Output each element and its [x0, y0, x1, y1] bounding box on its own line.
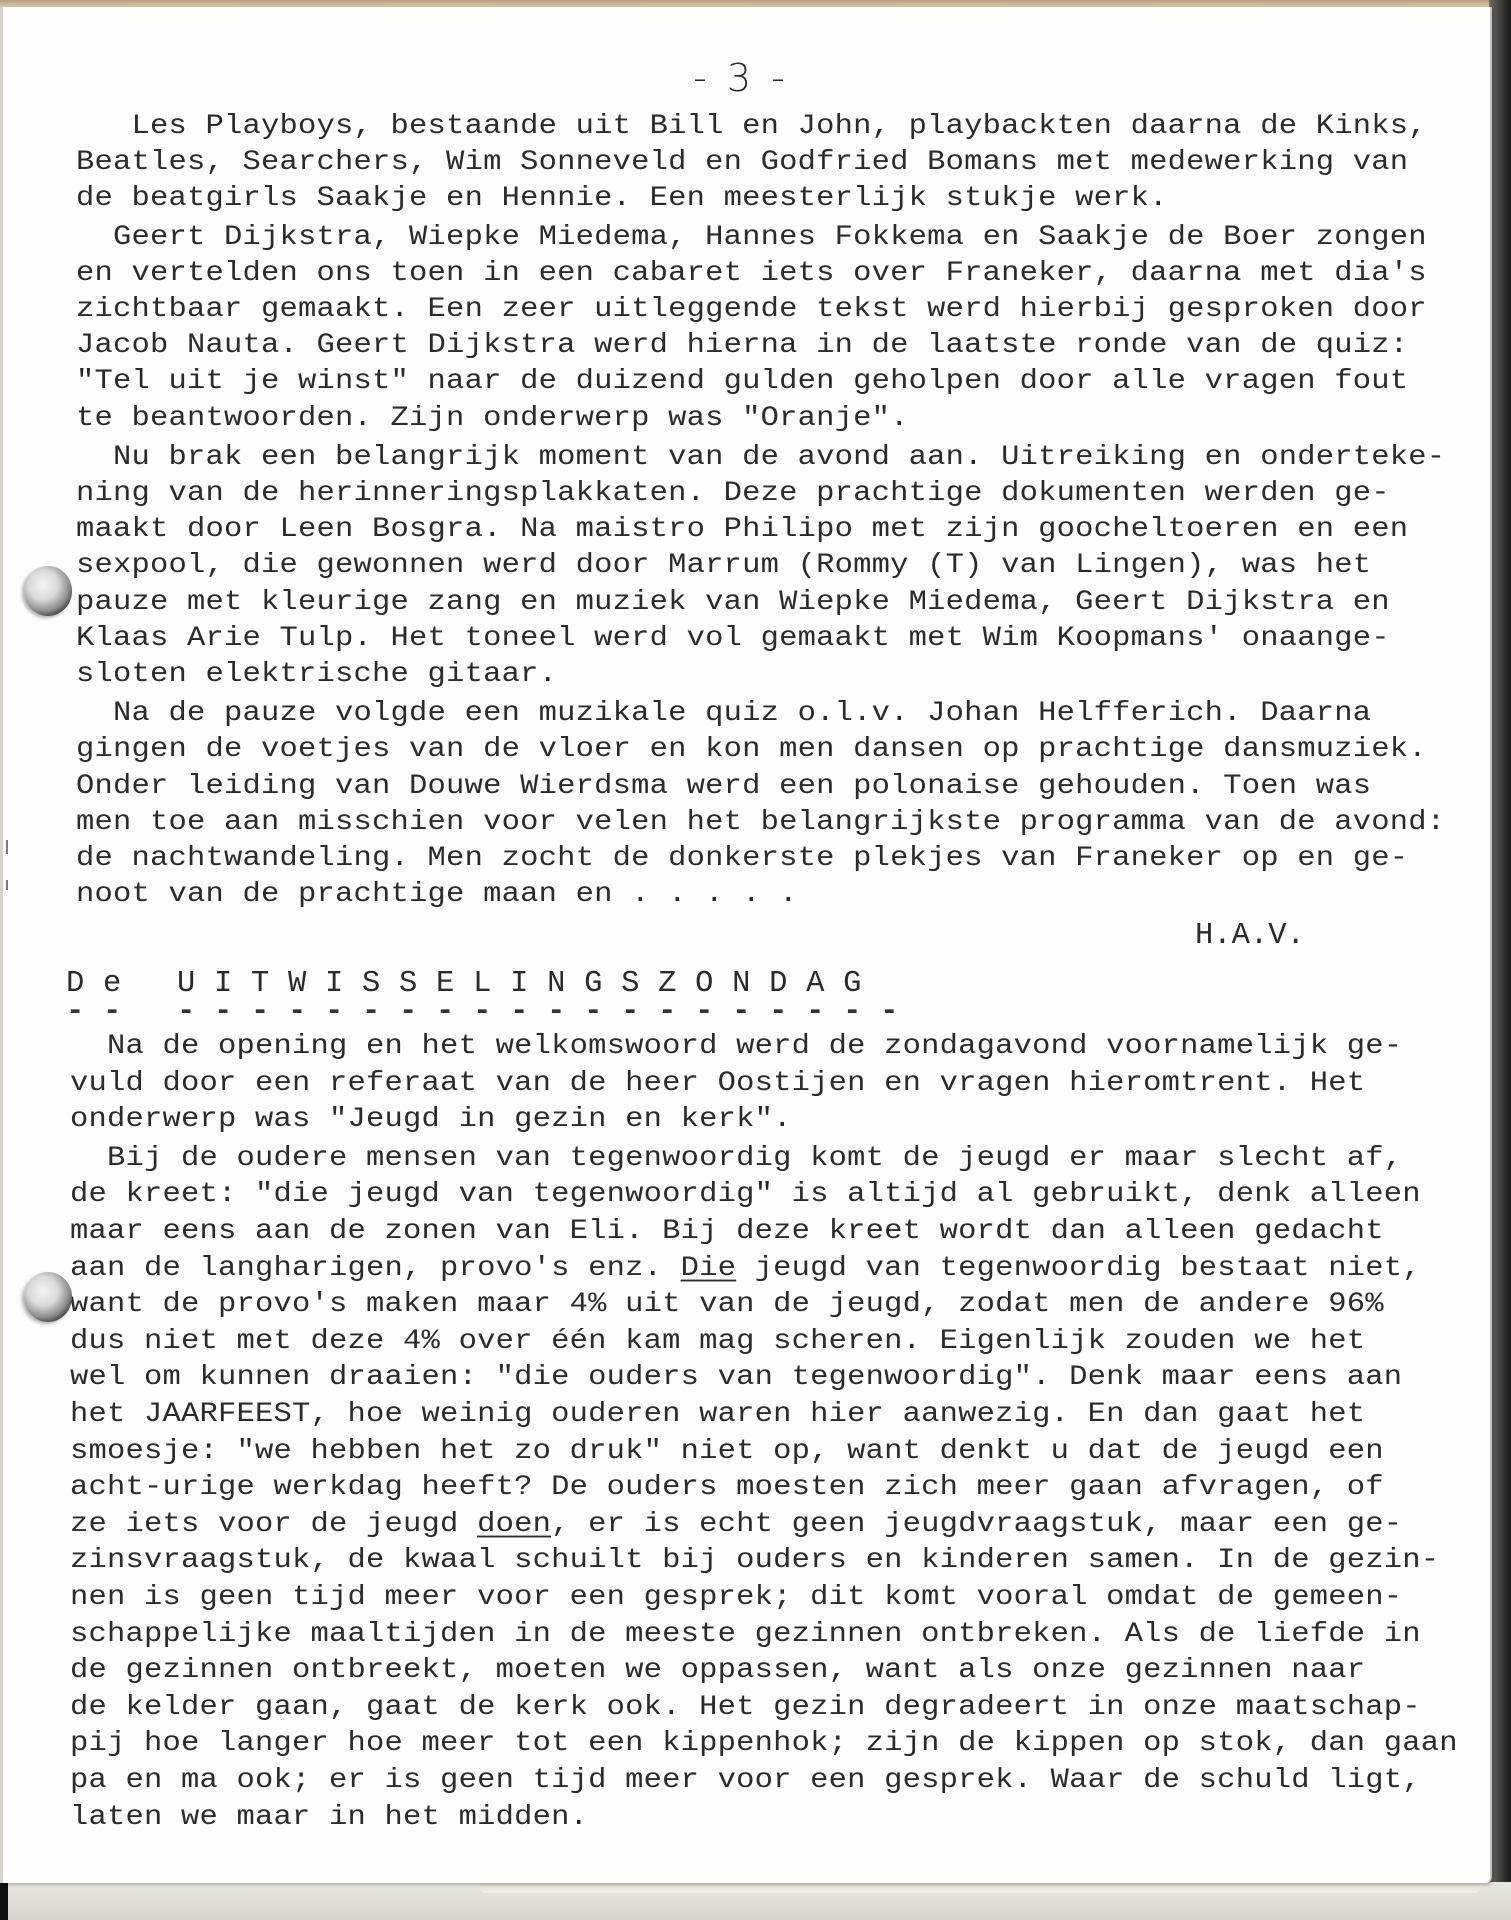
text-line: laten we maar in het midden. [70, 1801, 588, 1834]
text-line: Beatles, Searchers, Wim Sonneveld en God… [76, 146, 1408, 179]
punch-hole-icon [24, 566, 72, 616]
text-line: pa en ma ook; er is geen tijd meer voor … [70, 1764, 1421, 1797]
text-line: pauze met kleurige zang en muziek van Wi… [76, 586, 1390, 619]
page-left-edge [0, 7, 3, 1883]
text-line: "Tel uit je winst" naar de duizend gulde… [76, 365, 1408, 398]
emphasized-word: Die [681, 1253, 737, 1284]
text-line: en vertelden ons toen in een cabaret iet… [76, 257, 1427, 290]
text-line: vuld door een referaat van de heer Oosti… [70, 1067, 1365, 1100]
text-line: de gezinnen ontbreekt, moeten we oppasse… [70, 1654, 1365, 1687]
text-line: de nachtwandeling. Men zocht de donkerst… [76, 842, 1408, 875]
text-line: zinsvraagstuk, de kwaal schuilt bij oude… [70, 1544, 1439, 1577]
text-line: maakt door Leen Bosgra. Na maistro Phili… [76, 513, 1408, 546]
text-line: Na de pauze volgde een muzikale quiz o.l… [76, 697, 1371, 730]
text-line: de beatgirls Saakje en Hennie. Een meest… [76, 182, 1168, 215]
page-number: - 3 - [686, 56, 796, 100]
underlying-sheet-edge [480, 1883, 1480, 1893]
punch-hole-icon [24, 1272, 72, 1322]
text-line: Bij de oudere mensen van tegenwoordig ko… [70, 1142, 1402, 1175]
text-line: pij hoe langer hoe meer tot een kippenho… [70, 1727, 1458, 1760]
author-signature: H.A.V. [1195, 918, 1305, 954]
text-line: sexpool, die gewonnen werd door Marrum (… [76, 549, 1371, 582]
text-line: gingen de voetjes van de vloer en kon me… [76, 733, 1427, 766]
text-line: noot van de prachtige maan en . . . . . [76, 878, 798, 911]
text-line: wel om kunnen draaien: "die ouders van t… [70, 1361, 1402, 1394]
scan-backdrop-right [1489, 0, 1511, 1920]
text-line: aan de langharigen, provo's enz. Die jeu… [70, 1252, 1421, 1285]
text-line: dus niet met deze 4% over één kam mag sc… [70, 1325, 1365, 1358]
text-line: men toe aan misschien voor velen het bel… [76, 806, 1445, 839]
text-line: Onder leiding van Douwe Wierdsma werd ee… [76, 770, 1371, 803]
text-line: het JAARFEEST, hoe weinig ouderen waren … [70, 1398, 1365, 1431]
text-line: sloten elektrische gitaar. [76, 658, 557, 691]
text-line: smoesje: "we hebben het zo druk" niet op… [70, 1435, 1384, 1468]
page-top-edge [0, 0, 1511, 7]
text-line: want de provo's maken maar 4% uit van de… [70, 1288, 1384, 1321]
text-line: Nu brak een belangrijk moment van de avo… [76, 441, 1445, 474]
text-line: acht-urige werkdag heeft? De ouders moes… [70, 1471, 1384, 1504]
text-line: Les Playboys, bestaande uit Bill en John… [76, 110, 1427, 143]
text-line: maar eens aan de zonen van Eli. Bij deze… [70, 1215, 1384, 1248]
text-line: Klaas Arie Tulp. Het toneel werd vol gem… [76, 622, 1390, 655]
text-line: ning van de herinneringsplakkaten. Deze … [76, 477, 1390, 510]
text-line: de kreet: "die jeugd van tegenwoordig" i… [70, 1178, 1421, 1211]
text-line: Geert Dijkstra, Wiepke Miedema, Hannes F… [76, 221, 1427, 254]
text-line: schappelijke maaltijden in de meeste gez… [70, 1618, 1421, 1651]
text-line: nen is geen tijd meer voor een gesprek; … [70, 1581, 1402, 1614]
heading-dashed-underline: - - - - - - - - - - - - - - - - - - - - … [66, 1002, 899, 1022]
text-line: de kelder gaan, gaat de kerk ook. Het ge… [70, 1691, 1421, 1724]
text-line: Jacob Nauta. Geert Dijkstra werd hierna … [76, 329, 1408, 362]
margin-mark [6, 880, 8, 890]
text-line: te beantwoorden. Zijn onderwerp was "Ora… [76, 402, 909, 435]
text-line: Na de opening en het welkomswoord werd d… [70, 1030, 1402, 1063]
text-line: onderwerp was "Jeugd in gezin en kerk". [70, 1103, 792, 1136]
text-line: ze iets voor de jeugd doen, er is echt g… [70, 1508, 1402, 1541]
margin-mark [6, 840, 8, 854]
text-line: zichtbaar gemaakt. Een zeer uitleggende … [76, 293, 1427, 326]
emphasized-word: doen [477, 1509, 551, 1540]
